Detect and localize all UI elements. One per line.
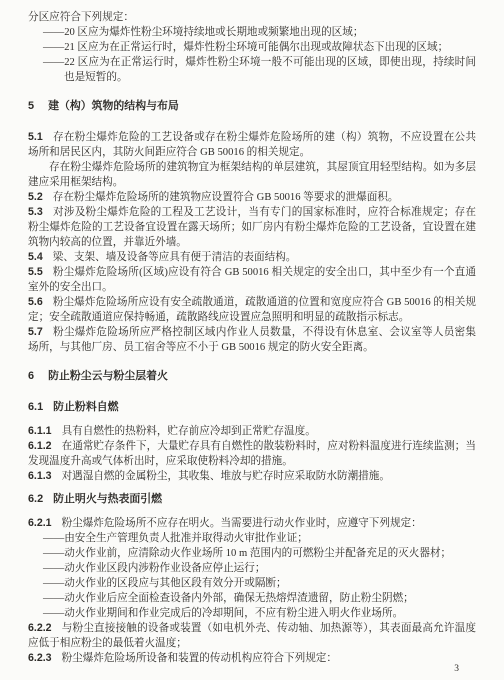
dash-marker: ——: [43, 533, 64, 544]
clause-6-1-3: 6.1.3对遇湿自燃的金属粉尘，其收集、堆放与贮存时应采取防水防潮措施。: [28, 469, 476, 484]
clause-number: 6.1: [28, 401, 43, 413]
clause-5-1: 5.1存在粉尘爆炸危险的工艺设备或存在粉尘爆炸危险场所的建（构）筑物，不应设置在…: [28, 130, 476, 160]
dash-item-text: 21 区应为在正常运行时，爆炸性粉尘环境可能偶尔出现或故障状态下出现的区域；: [64, 42, 448, 53]
clause-text: 防止粉料自燃: [53, 401, 118, 413]
dash-marker: ——: [43, 578, 64, 589]
clause-number: 5.4: [28, 251, 43, 263]
dash-item-text: 20 区应为爆炸性粉尘环境持续地或长期地或频繁地出现的区域；: [64, 27, 363, 38]
clause-number: 5.6: [28, 296, 43, 308]
clause-6-2-2: 6.2.2与粉尘直接接触的设备或装置（如电机外壳、传动轴、加热源等），其表面最高…: [28, 621, 476, 651]
clause-number: 6.1.2: [28, 440, 52, 452]
clause-text: 粉尘爆炸危险场所应严格控制区域内作业人员数量，不得设有休息室、会议室等人员密集场…: [28, 327, 476, 353]
clause-text: 防止明火与热表面引燃: [53, 493, 162, 505]
clause-text: 建（构）筑物的结构与布局: [48, 100, 179, 112]
dash-item-text: 动火作业的区段应与其他区段有效分开或隔断；: [64, 578, 286, 589]
clause-5-5: 5.5粉尘爆炸危险场所(区域)应设有符合 GB 50016 相关规定的安全出口，…: [28, 265, 476, 295]
clause-5-2: 5.2存在粉尘爆炸危险场所的建筑物应设置符合 GB 50016 等要求的泄爆面积…: [28, 190, 476, 205]
clause-number: 5.2: [28, 191, 43, 203]
section-6-2-heading: 6.2防止明火与热表面引燃: [28, 492, 476, 507]
dash-item-text: 动火作业后应全面检查设备内外部，确保无热熔焊渣遗留，防止粉尘阴燃；: [64, 593, 414, 604]
section-6-1-heading: 6.1防止粉料自燃: [28, 400, 476, 415]
clause-6-1-1: 6.1.1具有自燃性的热粉料，贮存前应冷却到正常贮存温度。: [28, 424, 476, 439]
clause-number: 5: [28, 100, 34, 112]
clause-number: 5.5: [28, 266, 43, 278]
clause-text: 粉尘爆炸危险场所(区域)应设有符合 GB 50016 相关规定的安全出口，其中至…: [28, 267, 476, 293]
section-6-heading: 6防止粉尘云与粉尘层着火: [28, 369, 476, 384]
clause-text: 对遇湿自燃的金属粉尘，其收集、堆放与贮存时应采取防水防潮措施。: [62, 471, 390, 482]
clause-number: 6.1.3: [28, 470, 52, 482]
clause-number: 6.2.1: [28, 517, 52, 529]
clause-5-3: 5.3对涉及粉尘爆炸危险的工程及工艺设计，当有专门的国家标准时，应符合标准规定；…: [28, 205, 476, 250]
clause-text: 粉尘爆炸危险场所应设有安全疏散通道，疏散通道的位置和宽度应符合 GB 50016…: [28, 297, 476, 323]
clause-number: 6: [28, 370, 34, 382]
dash-item-text: 动火作业区段内涉粉作业设备应停止运行；: [64, 563, 265, 574]
dash-marker: ——: [43, 563, 64, 574]
document-page: 分区应符合下列规定：——20 区应为爆炸性粉尘环境持续地或长期地或频繁地出现的区…: [0, 0, 504, 680]
clause-text: 在通常贮存条件下，大量贮存具有自燃性的散装粉料时，应对粉料温度进行连续监测；当发…: [28, 441, 476, 467]
clause-number: 6.2: [28, 493, 43, 505]
dash-marker: ——: [43, 608, 64, 619]
hot-work-item-5: ——动火作业后应全面检查设备内外部，确保无热熔焊渣遗留，防止粉尘阴燃；: [28, 591, 476, 606]
clause-6-2-1: 6.2.1粉尘爆炸危险场所不应存在明火。当需要进行动火作业时，应遵守下列规定：: [28, 516, 476, 531]
clause-6-1-2: 6.1.2在通常贮存条件下，大量贮存具有自燃性的散装粉料时，应对粉料温度进行连续…: [28, 439, 476, 469]
clause-text: 防止粉尘云与粉尘层着火: [48, 370, 168, 382]
clause-text: 梁、支架、墙及设备等应具有便于清洁的表面结构。: [53, 252, 297, 263]
clause-text: 具有自燃性的热粉料，贮存前应冷却到正常贮存温度。: [62, 426, 316, 437]
clause-5-1-paragraph-2: 存在粉尘爆炸危险场所的建筑物宜为框架结构的单层建筑，其屋顶宜用轻型结构。如为多层…: [28, 160, 476, 190]
hot-work-item-2: ——动火作业前，应清除动火作业场所 10 m 范围内的可燃粉尘并配备充足的灭火器…: [28, 546, 476, 561]
zone-22-item: ——22 区应为在正常运行时，爆炸性粉尘环境一般不可能出现的区域，即使出现，持续…: [28, 55, 476, 85]
clause-number: 6.2.3: [28, 652, 52, 664]
clause-text: 存在粉尘爆炸危险的工艺设备或存在粉尘爆炸危险场所的建（构）筑物，不应设置在公共场…: [28, 132, 476, 158]
clause-number: 6.1.1: [28, 425, 52, 437]
dash-marker: ——: [43, 57, 64, 68]
clause-5-4: 5.4梁、支架、墙及设备等应具有便于清洁的表面结构。: [28, 250, 476, 265]
hot-work-item-3: ——动火作业区段内涉粉作业设备应停止运行；: [28, 561, 476, 576]
clause-text: 粉尘爆炸危险场所不应存在明火。当需要进行动火作业时，应遵守下列规定：: [62, 518, 422, 529]
dash-marker: ——: [43, 593, 64, 604]
document-body: 分区应符合下列规定：——20 区应为爆炸性粉尘环境持续地或长期地或频繁地出现的区…: [28, 10, 476, 666]
zone-20-item: ——20 区应为爆炸性粉尘环境持续地或长期地或频繁地出现的区域；: [28, 25, 476, 40]
dash-item-text: 22 区应为在正常运行时，爆炸性粉尘环境一般不可能出现的区域，即使出现，持续时间…: [64, 57, 476, 83]
clause-6-2-3: 6.2.3粉尘爆炸危险场所设备和装置的传动机构应符合下列规定：: [28, 651, 476, 666]
hot-work-item-1: ——由安全生产管理负责人批准并取得动火审批作业证；: [28, 531, 476, 546]
dash-item-text: 由安全生产管理负责人批准并取得动火审批作业证；: [64, 533, 308, 544]
dash-marker: ——: [43, 42, 64, 53]
clause-number: 6.2.2: [28, 622, 52, 634]
clause-number: 5.7: [28, 326, 43, 338]
intro-paragraph: 分区应符合下列规定：: [28, 10, 476, 25]
section-5-heading: 5建（构）筑物的结构与布局: [28, 99, 476, 114]
clause-text: 对涉及粉尘爆炸危险的工程及工艺设计，当有专门的国家标准时，应符合标准规定；存在粉…: [28, 207, 476, 248]
clause-number: 5.1: [28, 131, 43, 143]
hot-work-item-4: ——动火作业的区段应与其他区段有效分开或隔断；: [28, 576, 476, 591]
dash-marker: ——: [43, 548, 64, 559]
clause-number: 5.3: [28, 206, 43, 218]
dash-marker: ——: [43, 27, 64, 38]
clause-text: 与粉尘直接接触的设备或装置（如电机外壳、传动轴、加热源等），其表面最高允许温度应…: [28, 623, 476, 649]
clause-text: 粉尘爆炸危险场所设备和装置的传动机构应符合下列规定：: [62, 653, 337, 664]
dash-item-text: 动火作业前，应清除动火作业场所 10 m 范围内的可燃粉尘并配备充足的灭火器材；: [64, 548, 451, 559]
dash-item-text: 动火作业期间和作业完成后的冷却期间，不应有粉尘进入明火作业场所。: [64, 608, 403, 619]
clause-5-6: 5.6粉尘爆炸危险场所应设有安全疏散通道，疏散通道的位置和宽度应符合 GB 50…: [28, 295, 476, 325]
zone-21-item: ——21 区应为在正常运行时，爆炸性粉尘环境可能偶尔出现或故障状态下出现的区域；: [28, 40, 476, 55]
hot-work-item-6: ——动火作业期间和作业完成后的冷却期间，不应有粉尘进入明火作业场所。: [28, 606, 476, 621]
clause-text: 存在粉尘爆炸危险场所的建筑物应设置符合 GB 50016 等要求的泄爆面积。: [53, 192, 399, 203]
clause-5-7: 5.7粉尘爆炸危险场所应严格控制区域内作业人员数量，不得设有休息室、会议室等人员…: [28, 325, 476, 355]
page-number: 3: [454, 664, 459, 674]
